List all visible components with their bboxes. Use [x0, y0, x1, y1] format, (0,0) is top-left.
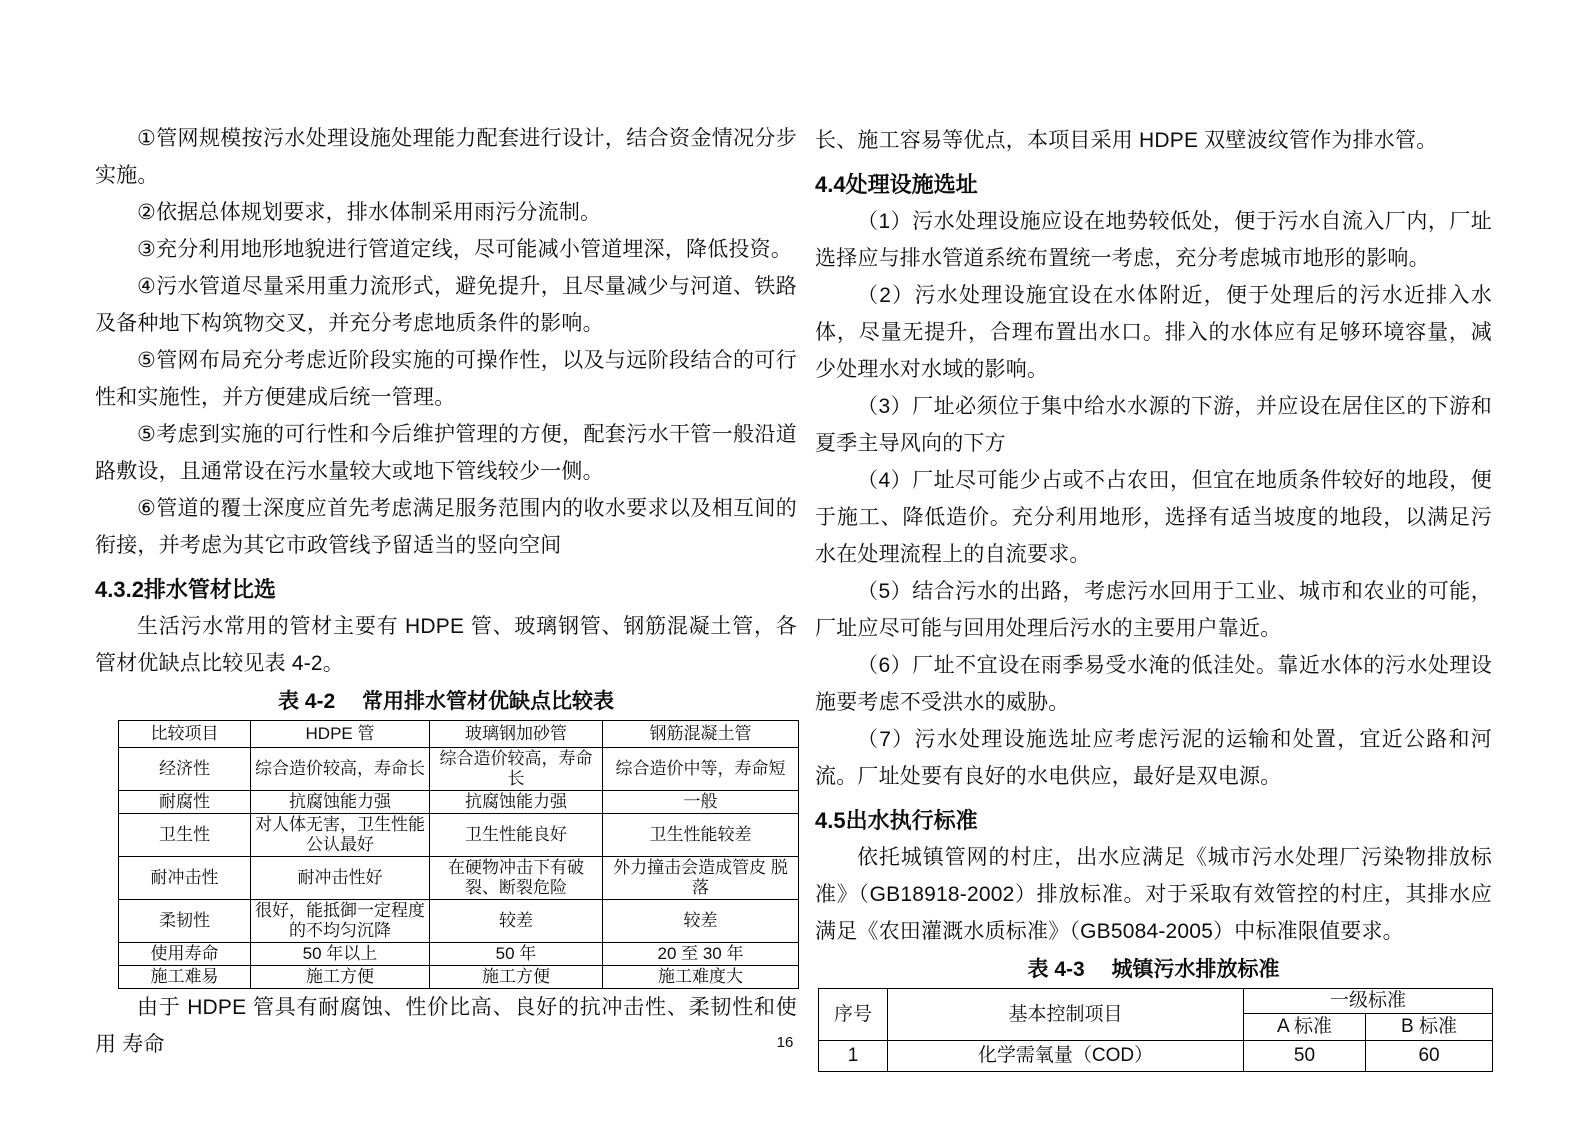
table-cell: 较差: [603, 900, 799, 943]
table-4-2: 比较项目 HDPE 管 玻璃钢加砂管 钢筋混凝土管 经济性 综合造价较高，寿命长…: [118, 720, 799, 989]
left-column: ①管网规模按污水处理设施处理能力配套进行设计，结合资金情况分步实施。 ②依据总体…: [95, 120, 797, 1063]
table-header-cell: 钢筋混凝土管: [603, 721, 799, 748]
table-header-cell: HDPE 管: [251, 721, 430, 748]
table-cell: 施工方便: [251, 966, 430, 989]
continuation-paragraph: 长、施工容易等优点，本项目采用 HDPE 双壁波纹管作为排水管。: [815, 122, 1492, 159]
table-cell: 1: [819, 1041, 888, 1072]
table-cell: 经济性: [119, 748, 251, 791]
table-cell: 50: [1244, 1041, 1366, 1072]
paragraph-item-2: ②依据总体规划要求，排水体制采用雨污分流制。: [95, 194, 797, 231]
table-cell: 在硬物冲击下有破裂、断裂危险: [430, 857, 603, 900]
table-row: 序号 基本控制项目 一级标准: [819, 989, 1493, 1014]
table-row: 经济性 综合造价较高，寿命长 综合造价较高，寿命长 综合造价中等，寿命短: [119, 748, 799, 791]
table-row: 1 化学需氧量（COD） 50 60: [819, 1041, 1493, 1072]
paragraph-item-6: ⑤考虑到实施的可行性和今后维护管理的方便，配套污水干管一般沿道路敷设，且通常设在…: [95, 416, 797, 490]
table-cell: 耐腐性: [119, 791, 251, 814]
paragraph-item-5: ⑤管网布局充分考虑近阶段实施的可操作性，以及与远阶段结合的可行性和实施性，并方便…: [95, 342, 797, 416]
paragraph-item-1: ①管网规模按污水处理设施处理能力配套进行设计，结合资金情况分步实施。: [95, 120, 797, 194]
table-row: 施工难易 施工方便 施工方便 施工难度大: [119, 966, 799, 989]
table-cell: 卫生性能良好: [430, 814, 603, 857]
table-cell: 综合造价中等，寿命短: [603, 748, 799, 791]
table-cell: 抗腐蚀能力强: [251, 791, 430, 814]
table-cell: 卫生性能较差: [603, 814, 799, 857]
siting-item-6: （6）厂址不宜设在雨季易受水淹的低洼处。靠近水体的污水处理设施要考虑不受洪水的威…: [815, 647, 1492, 721]
table-cell: 很好，能抵御一定程度的不均匀沉降: [251, 900, 430, 943]
table-cell: 对人体无害，卫生性能公认最好: [251, 814, 430, 857]
standards-paragraph: 依托城镇管网的村庄，出水应满足《城市污水处理厂污染物排放标准》（GB18918-…: [815, 839, 1492, 950]
siting-item-5: （5）结合污水的出路，考虑污水回用于工业、城市和农业的可能，厂址应尽可能与回用处…: [815, 573, 1492, 647]
section-heading-4-3-2: 4.3.2排水管材比选: [95, 571, 797, 608]
siting-item-7: （7）污水处理设施选址应考虑污泥的运输和处置，宜近公路和河流。厂址处要有良好的水…: [815, 721, 1492, 795]
siting-item-1: （1）污水处理设施应设在地势较低处，便于污水自流入厂内，厂址选择应与排水管道系统…: [815, 203, 1492, 277]
table-cell: 综合造价较高，寿命长: [251, 748, 430, 791]
table-row: 使用寿命 50 年以上 50 年 20 至 30 年: [119, 943, 799, 966]
table-cell: 柔韧性: [119, 900, 251, 943]
table-cell: 外力撞击会造成管皮 脱落: [603, 857, 799, 900]
table-cell: 60: [1366, 1041, 1493, 1072]
table-row: 比较项目 HDPE 管 玻璃钢加砂管 钢筋混凝土管: [119, 721, 799, 748]
closing-paragraph: 由于 HDPE 管具有耐腐蚀、性价比高、良好的抗冲击性、柔韧性和使用 寿命: [95, 989, 797, 1063]
section-heading-4-5: 4.5出水执行标准: [815, 802, 1492, 839]
table-header-cell: 比较项目: [119, 721, 251, 748]
section-heading-4-4: 4.4处理设施选址: [815, 166, 1492, 203]
table-header-cell: B 标准: [1366, 1014, 1493, 1041]
right-column: 长、施工容易等优点，本项目采用 HDPE 双壁波纹管作为排水管。 4.4处理设施…: [815, 122, 1492, 1072]
intro-paragraph: 生活污水常用的管材主要有 HDPE 管、玻璃钢管、钢筋混凝土管，各管材优缺点比较…: [95, 608, 797, 682]
page-number: 16: [755, 1033, 815, 1053]
siting-item-4: （4）厂址尽可能少占或不占农田，但宜在地质条件较好的地段，便于施工、降低造价。充…: [815, 462, 1492, 573]
table-cell: 抗腐蚀能力强: [430, 791, 603, 814]
table-cell: 施工难易: [119, 966, 251, 989]
paragraph-item-7: ⑥管道的覆士深度应首先考虑满足服务范围内的收水要求以及相互间的衔接，并考虑为其它…: [95, 490, 797, 564]
table-cell: 化学需氧量（COD）: [888, 1041, 1244, 1072]
table-cell: 耐冲击性: [119, 857, 251, 900]
table-cell: 施工方便: [430, 966, 603, 989]
table-cell: 50 年: [430, 943, 603, 966]
table-cell: 较差: [430, 900, 603, 943]
table-cell: 耐冲击性好: [251, 857, 430, 900]
table-row: 耐腐性 抗腐蚀能力强 抗腐蚀能力强 一般: [119, 791, 799, 814]
table-cell: 一般: [603, 791, 799, 814]
siting-item-3: （3）厂址必须位于集中给水水源的下游，并应设在居住区的下游和夏季主导风向的下方: [815, 388, 1492, 462]
table-cell: 使用寿命: [119, 943, 251, 966]
table-cell: 卫生性: [119, 814, 251, 857]
table-4-3: 序号 基本控制项目 一级标准 A 标准 B 标准 1 化学需氧量（COD） 50…: [818, 988, 1493, 1072]
table-4-3-title: 表 4-3 城镇污水排放标准: [815, 953, 1492, 986]
table-row: 卫生性 对人体无害，卫生性能公认最好 卫生性能良好 卫生性能较差: [119, 814, 799, 857]
table-4-2-title: 表 4-2 常用排水管材优缺点比较表: [95, 685, 797, 718]
table-header-cell: 基本控制项目: [888, 989, 1244, 1041]
table-cell: 施工难度大: [603, 966, 799, 989]
table-cell: 50 年以上: [251, 943, 430, 966]
table-header-cell: A 标准: [1244, 1014, 1366, 1041]
document-page: ①管网规模按污水处理设施处理能力配套进行设计，结合资金情况分步实施。 ②依据总体…: [0, 0, 1587, 1122]
table-cell: 综合造价较高，寿命长: [430, 748, 603, 791]
table-header-cell: 一级标准: [1244, 989, 1493, 1014]
paragraph-item-3: ③充分利用地形地貌进行管道定线，尽可能减小管道埋深，降低投资。: [95, 231, 797, 268]
table-row: 耐冲击性 耐冲击性好 在硬物冲击下有破裂、断裂危险 外力撞击会造成管皮 脱落: [119, 857, 799, 900]
table-header-cell: 玻璃钢加砂管: [430, 721, 603, 748]
table-header-cell: 序号: [819, 989, 888, 1041]
table-row: 柔韧性 很好，能抵御一定程度的不均匀沉降 较差 较差: [119, 900, 799, 943]
paragraph-item-4: ④污水管道尽量采用重力流形式，避免提升，且尽量减少与河道、铁路及备种地下构筑物交…: [95, 268, 797, 342]
siting-item-2: （2）污水处理设施宜设在水体附近，便于处理后的污水近排入水体，尽量无提升，合理布…: [815, 277, 1492, 388]
table-cell: 20 至 30 年: [603, 943, 799, 966]
